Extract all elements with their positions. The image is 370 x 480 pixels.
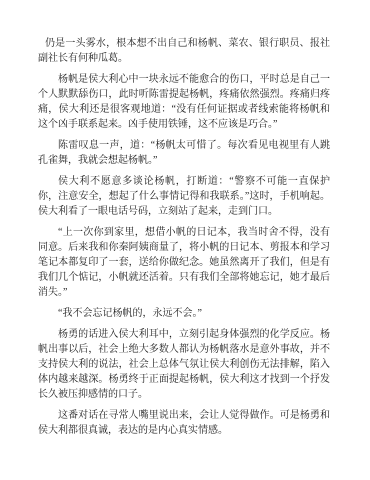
page-text-body: 仍是一头雾水，根本想不出自己和杨帆、菜农、银行职员、报社副社长有何种瓜葛。 杨帆…	[38, 36, 330, 438]
paragraph: 这番对话在寻常人嘴里说出来，会让人觉得做作。可是杨勇和侯大利都很真诚，表达的是内…	[38, 408, 330, 438]
paragraph: 陈雷叹息一声，道：“杨帆太可惜了。每次看见电视里有人跳孔雀舞，我就会想起杨帆。”	[38, 138, 330, 168]
paragraph: “上一次你到家里，想借小帆的日记本，我当时舍不得，没有同意。后来我和你秦阿姨商量…	[38, 225, 330, 300]
ebook-page: 仍是一头雾水，根本想不出自己和杨帆、菜农、银行职员、报社副社长有何种瓜葛。 杨帆…	[0, 0, 370, 480]
paragraph: 杨勇的话进入侯大利耳中，立刻引起身体强烈的化学反应。杨帆出事以后，社会上绝大多数…	[38, 327, 330, 402]
paragraph: “我不会忘记杨帆的，永远不会。”	[38, 306, 330, 321]
paragraph: 侯大利不愿意多谈论杨帆，打断道：“警察不可能一直保护你，注意安全，想起了什么事情…	[38, 174, 330, 219]
paragraph: 杨帆是侯大利心中一块永远不能愈合的伤口，平时总是自己一个人默默舔伤口，此时听陈雷…	[38, 72, 330, 132]
paragraph-continuation: 仍是一头雾水，根本想不出自己和杨帆、菜农、银行职员、报社副社长有何种瓜葛。	[38, 36, 330, 66]
